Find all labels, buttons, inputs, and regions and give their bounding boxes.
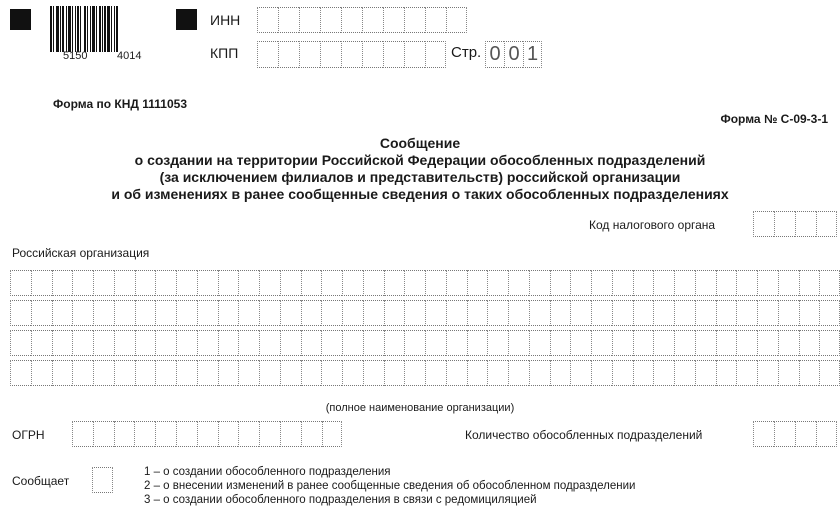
- organization-name-cell[interactable]: [197, 330, 218, 356]
- kpp-cell[interactable]: [257, 41, 278, 68]
- organization-name-cell[interactable]: [633, 360, 654, 386]
- organization-name-row[interactable]: [10, 330, 840, 356]
- organization-name-cell[interactable]: [529, 300, 550, 326]
- organization-label: Российская организация: [12, 246, 149, 260]
- ogrn-cell[interactable]: [280, 421, 301, 447]
- organization-name-cell[interactable]: [135, 360, 156, 386]
- organization-name-cell[interactable]: [301, 360, 322, 386]
- organization-name-cell[interactable]: [218, 330, 239, 356]
- kpp-cell[interactable]: [425, 41, 446, 68]
- page-label: Стр.: [451, 44, 481, 61]
- alignment-marker-right: [176, 9, 197, 30]
- barcode-number-right: 4014: [117, 50, 141, 62]
- reports-label: Сообщает: [12, 474, 69, 488]
- tax-office-code-cell[interactable]: [753, 211, 774, 237]
- organization-name-cell[interactable]: [446, 330, 467, 356]
- organization-name-cell[interactable]: [612, 330, 633, 356]
- organization-name-cell[interactable]: [653, 330, 674, 356]
- organization-name-cell[interactable]: [508, 360, 529, 386]
- ogrn-label: ОГРН: [12, 428, 45, 442]
- organization-name-cell[interactable]: [736, 360, 757, 386]
- organization-name-cell[interactable]: [259, 270, 280, 296]
- organization-name-cell[interactable]: [259, 300, 280, 326]
- reports-option-3: 3 – о создании обособленного подразделен…: [144, 493, 635, 507]
- organization-name-cell[interactable]: [591, 300, 612, 326]
- organization-name-cell[interactable]: [529, 330, 550, 356]
- organization-name-cell[interactable]: [425, 330, 446, 356]
- organization-name-cell[interactable]: [550, 300, 571, 326]
- organization-name-cell[interactable]: [487, 270, 508, 296]
- organization-name-cell[interactable]: [446, 360, 467, 386]
- organization-name-cell[interactable]: [716, 270, 737, 296]
- organization-name-cell[interactable]: [384, 330, 405, 356]
- organization-name-cell[interactable]: [425, 300, 446, 326]
- organization-name-cell[interactable]: [799, 300, 820, 326]
- organization-name-cell[interactable]: [404, 300, 425, 326]
- kpp-cell[interactable]: [341, 41, 362, 68]
- organization-name-cell[interactable]: [363, 300, 384, 326]
- form-title-line2: о создании на территории Российской Феде…: [0, 152, 840, 169]
- organization-name-cell[interactable]: [363, 360, 384, 386]
- organization-name-cell[interactable]: [72, 360, 93, 386]
- organization-name-cell[interactable]: [114, 300, 135, 326]
- organization-name-cell[interactable]: [570, 360, 591, 386]
- organization-name-cell[interactable]: [757, 330, 778, 356]
- organization-name-cell[interactable]: [591, 330, 612, 356]
- organization-name-cell[interactable]: [72, 300, 93, 326]
- organization-name-cell[interactable]: [10, 270, 31, 296]
- organization-name-cell[interactable]: [93, 270, 114, 296]
- page-number-cell[interactable]: 0: [504, 41, 523, 68]
- tax-office-code-cell[interactable]: [774, 211, 795, 237]
- ogrn-cell[interactable]: [218, 421, 239, 447]
- organization-name-cell[interactable]: [716, 360, 737, 386]
- organization-name-cell[interactable]: [259, 330, 280, 356]
- kpp-cell[interactable]: [299, 41, 320, 68]
- organization-name-cell[interactable]: [52, 360, 73, 386]
- organization-name-cell[interactable]: [321, 270, 342, 296]
- organization-name-cell[interactable]: [93, 360, 114, 386]
- organization-name-cell[interactable]: [550, 330, 571, 356]
- reports-option-1: 1 – о создании обособленного подразделен…: [144, 465, 635, 479]
- organization-name-cell[interactable]: [508, 300, 529, 326]
- organization-name-cell[interactable]: [799, 360, 820, 386]
- organization-name-cell[interactable]: [674, 270, 695, 296]
- organization-name-row[interactable]: [10, 300, 840, 326]
- organization-name-cell[interactable]: [757, 270, 778, 296]
- organization-name-cell[interactable]: [487, 300, 508, 326]
- organization-name-cell[interactable]: [155, 300, 176, 326]
- organization-name-cell[interactable]: [218, 300, 239, 326]
- organization-name-cell[interactable]: [570, 300, 591, 326]
- organization-name-cell[interactable]: [425, 360, 446, 386]
- ogrn-cell[interactable]: [114, 421, 135, 447]
- organization-name-cell[interactable]: [695, 330, 716, 356]
- organization-name-cell[interactable]: [135, 300, 156, 326]
- subdivision-count-cell[interactable]: [753, 421, 774, 447]
- form-title-line4: и об изменениях в ранее сообщенные сведе…: [0, 186, 840, 203]
- organization-name-cell[interactable]: [363, 330, 384, 356]
- ogrn-cell[interactable]: [155, 421, 176, 447]
- subdivision-count-cell[interactable]: [816, 421, 837, 447]
- organization-name-cell[interactable]: [155, 270, 176, 296]
- organization-name-cell[interactable]: [778, 300, 799, 326]
- inn-label: ИНН: [210, 12, 240, 28]
- organization-name-cell[interactable]: [155, 330, 176, 356]
- ogrn-cell[interactable]: [72, 421, 93, 447]
- organization-name-cell[interactable]: [404, 360, 425, 386]
- organization-name-cell[interactable]: [238, 330, 259, 356]
- organization-name-cell[interactable]: [52, 300, 73, 326]
- organization-name-cell[interactable]: [363, 270, 384, 296]
- organization-name-row[interactable]: [10, 360, 840, 386]
- organization-name-row[interactable]: [10, 270, 840, 296]
- organization-name-cell[interactable]: [633, 300, 654, 326]
- organization-name-cell[interactable]: [72, 330, 93, 356]
- organization-name-cell[interactable]: [633, 270, 654, 296]
- ogrn-cell[interactable]: [322, 421, 343, 447]
- organization-name-cell[interactable]: [259, 360, 280, 386]
- organization-name-cell[interactable]: [467, 270, 488, 296]
- organization-name-cell[interactable]: [384, 300, 405, 326]
- organization-name-cell[interactable]: [197, 360, 218, 386]
- organization-name-cell[interactable]: [819, 300, 840, 326]
- organization-name-cell[interactable]: [52, 330, 73, 356]
- subdivision-count-field[interactable]: [753, 421, 837, 447]
- page-number-field: 001: [485, 41, 542, 68]
- organization-name-cell[interactable]: [93, 330, 114, 356]
- inn-cell[interactable]: [299, 7, 320, 33]
- form-title-line3: (за исключением филиалов и представитель…: [0, 169, 840, 186]
- organization-name-cell[interactable]: [570, 330, 591, 356]
- organization-name-cell[interactable]: [778, 360, 799, 386]
- organization-name-cell[interactable]: [778, 330, 799, 356]
- ogrn-cell[interactable]: [93, 421, 114, 447]
- organization-name-cell[interactable]: [72, 270, 93, 296]
- organization-name-cell[interactable]: [736, 300, 757, 326]
- organization-name-cell[interactable]: [778, 270, 799, 296]
- organization-name-cell[interactable]: [384, 270, 405, 296]
- organization-name-cell[interactable]: [799, 330, 820, 356]
- organization-name-cell[interactable]: [716, 300, 737, 326]
- organization-caption: (полное наименование организации): [0, 402, 840, 414]
- tax-office-code-field[interactable]: [753, 211, 837, 237]
- tax-office-code-cell[interactable]: [816, 211, 837, 237]
- ogrn-cell[interactable]: [176, 421, 197, 447]
- ogrn-cell[interactable]: [301, 421, 322, 447]
- kpp-label: КПП: [210, 45, 238, 61]
- organization-name-cell[interactable]: [176, 360, 197, 386]
- alignment-marker-left: [10, 9, 31, 30]
- organization-name-cell[interactable]: [529, 270, 550, 296]
- organization-name-cell[interactable]: [342, 300, 363, 326]
- kpp-cell[interactable]: [404, 41, 425, 68]
- organization-name-cell[interactable]: [135, 330, 156, 356]
- reports-code-cell[interactable]: [92, 467, 113, 493]
- form-title: Сообщение: [0, 135, 840, 152]
- organization-name-cell[interactable]: [176, 270, 197, 296]
- organization-name-cell[interactable]: [695, 270, 716, 296]
- organization-name-cell[interactable]: [342, 360, 363, 386]
- organization-name-cell[interactable]: [591, 270, 612, 296]
- organization-name-cell[interactable]: [425, 270, 446, 296]
- reports-code-field[interactable]: [92, 467, 113, 493]
- organization-name-cell[interactable]: [612, 360, 633, 386]
- organization-name-cell[interactable]: [135, 270, 156, 296]
- organization-name-cell[interactable]: [653, 300, 674, 326]
- inn-field[interactable]: [257, 7, 467, 33]
- organization-name-cell[interactable]: [238, 360, 259, 386]
- organization-name-cell[interactable]: [570, 270, 591, 296]
- organization-name-cell[interactable]: [176, 300, 197, 326]
- ogrn-cell[interactable]: [134, 421, 155, 447]
- organization-name-cell[interactable]: [612, 270, 633, 296]
- organization-name-cell[interactable]: [757, 360, 778, 386]
- organization-name-cell[interactable]: [93, 300, 114, 326]
- organization-name-cell[interactable]: [384, 360, 405, 386]
- organization-name-cell[interactable]: [342, 330, 363, 356]
- inn-cell[interactable]: [362, 7, 383, 33]
- reports-option-2: 2 – о внесении изменений в ранее сообщен…: [144, 479, 635, 493]
- organization-name-cell[interactable]: [487, 360, 508, 386]
- inn-cell[interactable]: [341, 7, 362, 33]
- organization-name-cell[interactable]: [342, 270, 363, 296]
- kpp-cell[interactable]: [362, 41, 383, 68]
- page-number-cell[interactable]: 0: [485, 41, 504, 68]
- kpp-cell[interactable]: [383, 41, 404, 68]
- organization-name-cell[interactable]: [446, 270, 467, 296]
- tax-office-code-cell[interactable]: [795, 211, 816, 237]
- organization-name-cell[interactable]: [238, 300, 259, 326]
- ogrn-cell[interactable]: [197, 421, 218, 447]
- organization-name-cell[interactable]: [819, 270, 840, 296]
- kpp-cell[interactable]: [278, 41, 299, 68]
- subdivision-count-cell[interactable]: [795, 421, 816, 447]
- inn-cell[interactable]: [278, 7, 299, 33]
- inn-cell[interactable]: [320, 7, 341, 33]
- organization-name-cell[interactable]: [197, 300, 218, 326]
- organization-name-cell[interactable]: [799, 270, 820, 296]
- organization-name-cell[interactable]: [280, 360, 301, 386]
- subdivision-count-label: Количество обособленных подразделений: [465, 428, 702, 442]
- organization-name-cell[interactable]: [31, 300, 52, 326]
- organization-name-cell[interactable]: [301, 270, 322, 296]
- organization-name-field[interactable]: [10, 270, 840, 390]
- inn-cell[interactable]: [257, 7, 278, 33]
- barcode-number-left: 5150: [63, 50, 87, 62]
- organization-name-cell[interactable]: [550, 270, 571, 296]
- organization-name-cell[interactable]: [736, 330, 757, 356]
- organization-name-cell[interactable]: [321, 300, 342, 326]
- ogrn-cell[interactable]: [259, 421, 280, 447]
- organization-name-cell[interactable]: [674, 330, 695, 356]
- organization-name-cell[interactable]: [736, 270, 757, 296]
- organization-name-cell[interactable]: [508, 330, 529, 356]
- organization-name-cell[interactable]: [633, 330, 654, 356]
- organization-name-cell[interactable]: [280, 270, 301, 296]
- organization-name-cell[interactable]: [467, 360, 488, 386]
- inn-cell[interactable]: [425, 7, 446, 33]
- page-number-cell[interactable]: 1: [523, 41, 542, 68]
- organization-name-cell[interactable]: [176, 330, 197, 356]
- organization-name-cell[interactable]: [321, 360, 342, 386]
- organization-name-cell[interactable]: [218, 360, 239, 386]
- organization-name-cell[interactable]: [114, 360, 135, 386]
- organization-name-cell[interactable]: [10, 360, 31, 386]
- organization-name-cell[interactable]: [653, 270, 674, 296]
- organization-name-cell[interactable]: [695, 300, 716, 326]
- organization-name-cell[interactable]: [467, 300, 488, 326]
- inn-cell[interactable]: [446, 7, 467, 33]
- organization-name-cell[interactable]: [819, 330, 840, 356]
- organization-name-cell[interactable]: [653, 360, 674, 386]
- reports-options: 1 – о создании обособленного подразделен…: [144, 465, 635, 507]
- inn-cell[interactable]: [383, 7, 404, 33]
- organization-name-cell[interactable]: [716, 330, 737, 356]
- organization-name-cell[interactable]: [612, 300, 633, 326]
- organization-name-cell[interactable]: [155, 360, 176, 386]
- organization-name-cell[interactable]: [280, 300, 301, 326]
- organization-name-cell[interactable]: [674, 300, 695, 326]
- organization-name-cell[interactable]: [301, 330, 322, 356]
- organization-name-cell[interactable]: [238, 270, 259, 296]
- barcode: [50, 6, 150, 52]
- organization-name-cell[interactable]: [467, 330, 488, 356]
- organization-name-cell[interactable]: [114, 330, 135, 356]
- tax-office-label: Код налогового органа: [589, 218, 715, 232]
- inn-cell[interactable]: [404, 7, 425, 33]
- organization-name-cell[interactable]: [52, 270, 73, 296]
- organization-name-cell[interactable]: [508, 270, 529, 296]
- organization-name-cell[interactable]: [280, 330, 301, 356]
- organization-name-cell[interactable]: [591, 360, 612, 386]
- organization-name-cell[interactable]: [757, 300, 778, 326]
- organization-name-cell[interactable]: [550, 360, 571, 386]
- organization-name-cell[interactable]: [819, 360, 840, 386]
- organization-name-cell[interactable]: [31, 360, 52, 386]
- kpp-cell[interactable]: [320, 41, 341, 68]
- knd-code: Форма по КНД 1111053: [53, 97, 187, 111]
- organization-name-cell[interactable]: [301, 300, 322, 326]
- organization-name-cell[interactable]: [487, 330, 508, 356]
- organization-name-cell[interactable]: [674, 360, 695, 386]
- organization-name-cell[interactable]: [529, 360, 550, 386]
- ogrn-cell[interactable]: [238, 421, 259, 447]
- organization-name-cell[interactable]: [321, 330, 342, 356]
- organization-name-cell[interactable]: [10, 330, 31, 356]
- organization-name-cell[interactable]: [31, 330, 52, 356]
- organization-name-cell[interactable]: [695, 360, 716, 386]
- organization-name-cell[interactable]: [218, 270, 239, 296]
- organization-name-cell[interactable]: [446, 300, 467, 326]
- subdivision-count-cell[interactable]: [774, 421, 795, 447]
- kpp-field[interactable]: [257, 41, 446, 68]
- organization-name-cell[interactable]: [31, 270, 52, 296]
- organization-name-cell[interactable]: [114, 270, 135, 296]
- organization-name-cell[interactable]: [197, 270, 218, 296]
- organization-name-cell[interactable]: [404, 270, 425, 296]
- form-number: Форма № С-09-3-1: [720, 112, 828, 126]
- organization-name-cell[interactable]: [404, 330, 425, 356]
- organization-name-cell[interactable]: [10, 300, 31, 326]
- ogrn-field[interactable]: [72, 421, 342, 447]
